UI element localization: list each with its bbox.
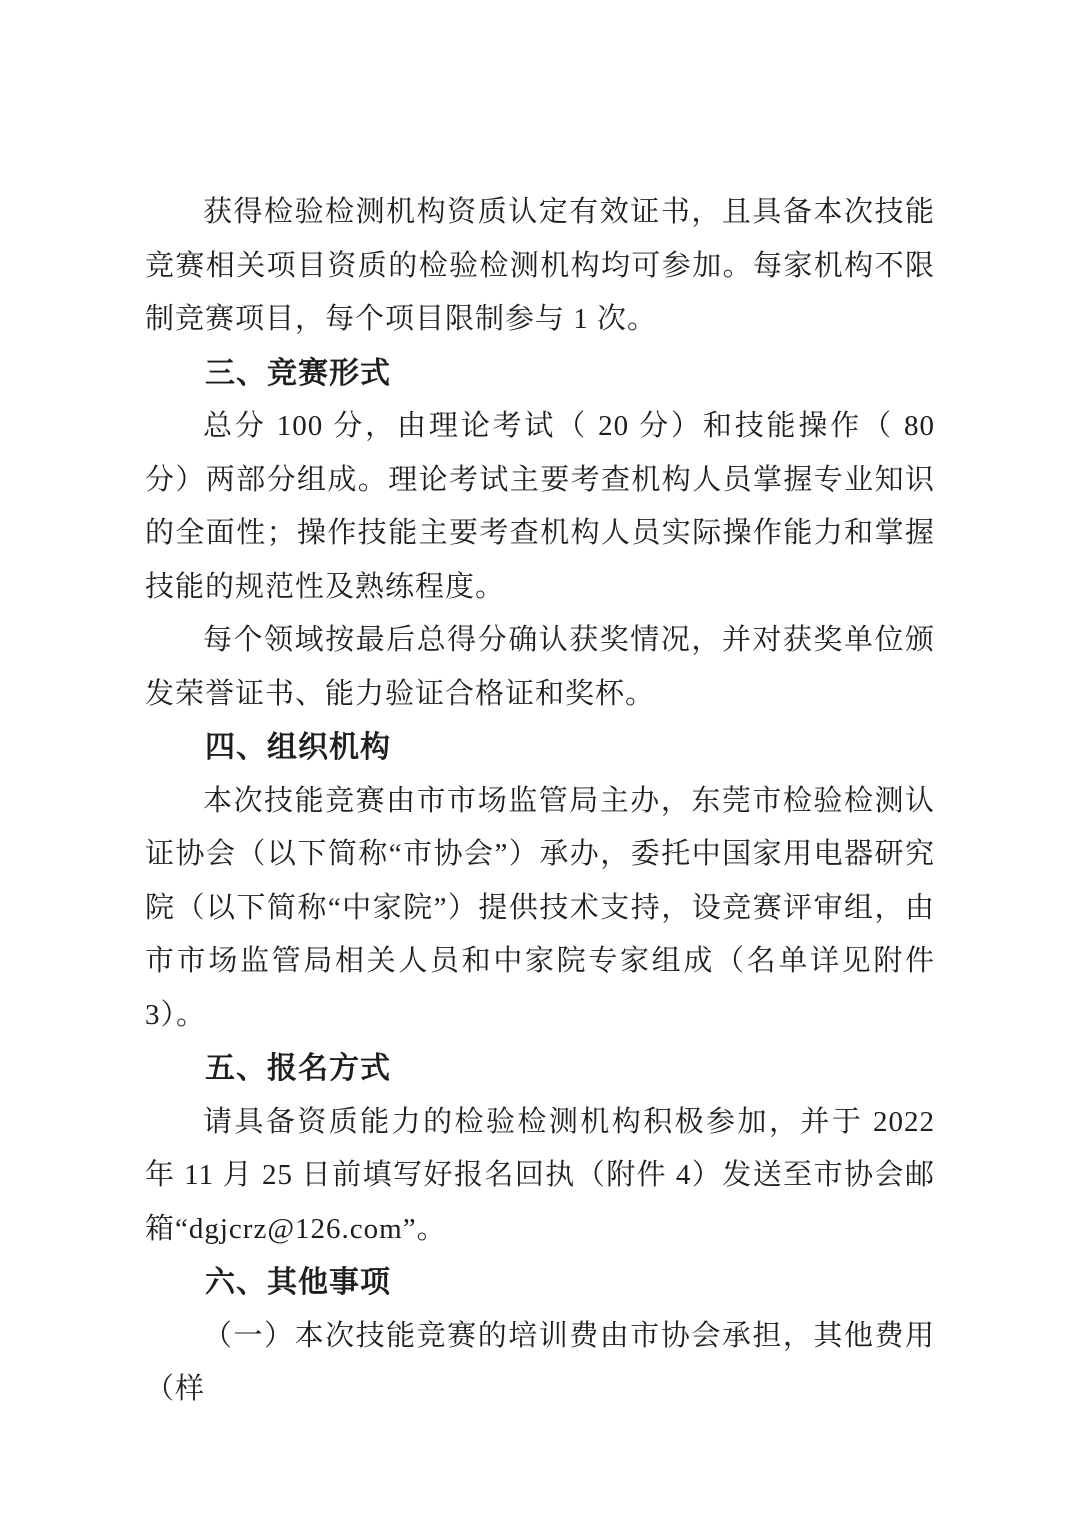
paragraph-scoring: 总分 100 分，由理论考试（ 20 分）和技能操作（ 80 分）两部分组成。理…	[145, 400, 935, 614]
paragraph-registration-email: 请具备资质能力的检验检测机构积极参加，并于 2022 年 11 月 25 日前填…	[145, 1096, 935, 1257]
document-page: 获得检验检测机构资质认定有效证书，且具备本次技能竞赛相关项目资质的检验检测机构均…	[0, 0, 1080, 1527]
section-heading-registration: 五、报名方式	[145, 1042, 935, 1096]
paragraph-organizers: 本次技能竞赛由市市场监管局主办，东莞市检验检测认证协会（以下简称“市协会”）承办…	[145, 775, 935, 1043]
paragraph-fees: （一）本次技能竞赛的培训费由市协会承担，其他费用（样	[145, 1310, 935, 1417]
section-heading-competition-format: 三、竞赛形式	[145, 347, 935, 401]
section-heading-organization: 四、组织机构	[145, 721, 935, 775]
paragraph-awards: 每个领域按最后总得分确认获奖情况，并对获奖单位颁发荣誉证书、能力验证合格证和奖杯…	[145, 614, 935, 721]
section-heading-other-matters: 六、其他事项	[145, 1256, 935, 1310]
paragraph-eligibility: 获得检验检测机构资质认定有效证书，且具备本次技能竞赛相关项目资质的检验检测机构均…	[145, 186, 935, 347]
